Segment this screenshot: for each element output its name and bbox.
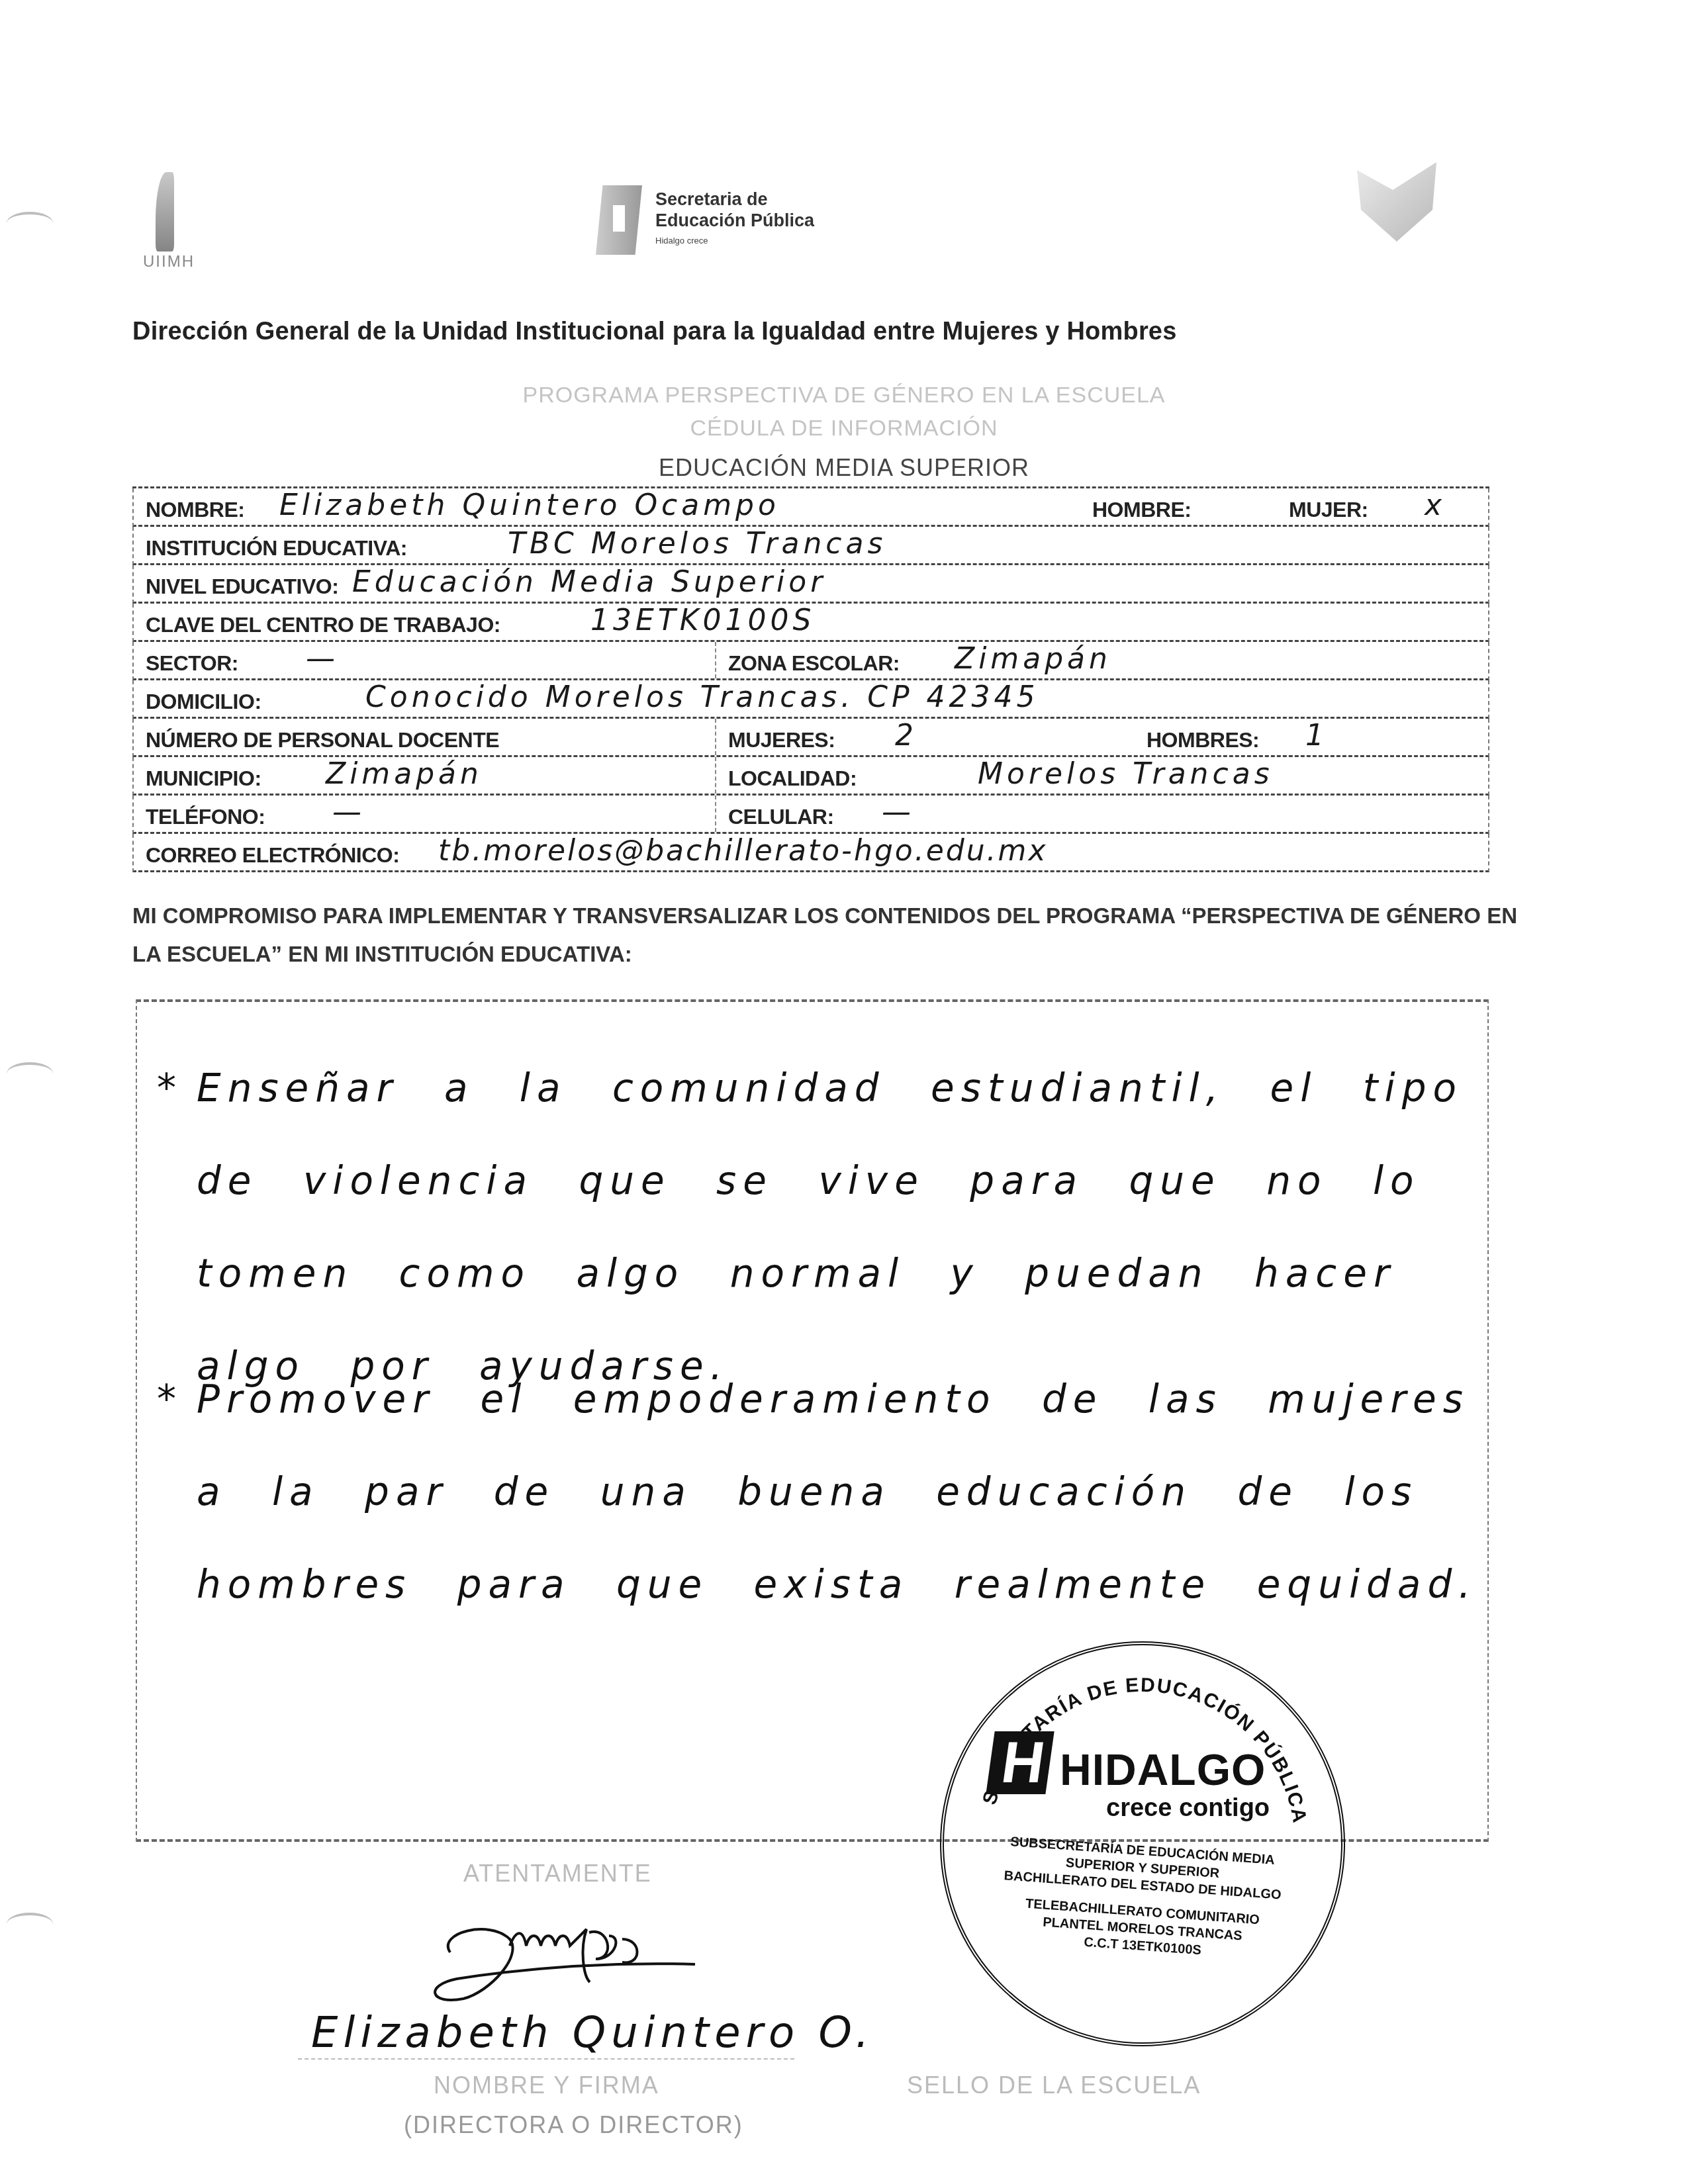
- form-row-institucion: INSTITUCIÓN EDUCATIVA: TBC Morelos Tranc…: [132, 527, 1489, 565]
- flame-icon: [156, 172, 174, 251]
- municipio-label: MUNICIPIO:: [146, 766, 261, 791]
- crest-icon: [1357, 162, 1436, 242]
- hidalgo-h-icon: [986, 1731, 1054, 1794]
- sector-label: SECTOR:: [146, 651, 238, 676]
- commitment-item-text[interactable]: Promover el empoderamiento de las mujere…: [197, 1377, 1477, 1607]
- uiimh-logo-text: UIIMH: [126, 253, 212, 271]
- commitment-heading: MI COMPROMISO PARA IMPLEMENTAR Y TRANSVE…: [132, 897, 1523, 974]
- bullet-star-icon: *: [157, 1042, 183, 1134]
- domicilio-label: DOMICILIO:: [146, 690, 261, 714]
- correo-field[interactable]: tb.morelos@bachillerato-hgo.edu.mx: [438, 834, 1048, 868]
- signature-icon: [410, 1893, 821, 2012]
- school-stamp: SECRETARÍA DE EDUCACIÓN PÚBLICA HIDALGO …: [940, 1641, 1345, 2046]
- nombre-field[interactable]: Elizabeth Quintero Ocampo: [279, 488, 780, 522]
- atentamente-label: ATENTAMENTE: [463, 1860, 652, 1888]
- info-form-table: NOMBRE: Elizabeth Quintero Ocampo HOMBRE…: [132, 486, 1489, 872]
- director-role-label: (DIRECTORA O DIRECTOR): [404, 2111, 743, 2139]
- commitment-item-text[interactable]: Enseñar a la comunidad estudiantil, el t…: [197, 1066, 1463, 1388]
- sep-logo-line1: Secretaria de: [655, 189, 768, 210]
- sello-label: SELLO DE LA ESCUELA: [907, 2071, 1201, 2099]
- bullet-star-icon: *: [157, 1353, 183, 1445]
- zona-field[interactable]: Zimapán: [955, 642, 1111, 676]
- clave-label: CLAVE DEL CENTRO DE TRABAJO:: [146, 613, 500, 637]
- sector-field[interactable]: —: [306, 642, 339, 676]
- institution-heading: Dirección General de la Unidad Instituci…: [132, 318, 1177, 346]
- uiimh-logo: UIIMH: [126, 165, 212, 278]
- hombre-label: HOMBRE:: [1092, 498, 1191, 522]
- program-title: PROGRAMA PERSPECTIVA DE GÉNERO EN LA ESC…: [0, 383, 1688, 408]
- telefono-label: TELÉFONO:: [146, 805, 265, 829]
- form-row-municipio: MUNICIPIO: Zimapán LOCALIDAD: Morelos Tr…: [132, 757, 1489, 796]
- form-row-telefono: TELÉFONO: — CELULAR: —: [132, 796, 1489, 834]
- form-row-sector: SECTOR: — ZONA ESCOLAR: Zimapán: [132, 642, 1489, 680]
- stamp-brand: HIDALGO: [1060, 1745, 1266, 1795]
- sep-logo-line3: Hidalgo crece: [655, 236, 708, 246]
- celular-field[interactable]: —: [882, 796, 915, 829]
- institucion-label: INSTITUCIÓN EDUCATIVA:: [146, 536, 407, 561]
- domicilio-field[interactable]: Conocido Morelos Trancas. CP 42345: [365, 680, 1039, 714]
- punch-hole-mark: [7, 1062, 53, 1085]
- nombre-firma-label: NOMBRE Y FIRMA: [434, 2071, 659, 2099]
- column-divider: [715, 719, 716, 755]
- form-row-personal: NÚMERO DE PERSONAL DOCENTE MUJERES: 2 HO…: [132, 719, 1489, 757]
- hombres-field[interactable]: 1: [1305, 719, 1328, 752]
- zona-label: ZONA ESCOLAR:: [728, 651, 900, 676]
- sep-logo: Secretaria de Educación Pública Hidalgo …: [596, 185, 847, 258]
- signer-name: Elizabeth Quintero O.: [311, 2009, 874, 2058]
- municipio-field[interactable]: Zimapán: [326, 757, 483, 791]
- telefono-field[interactable]: —: [332, 796, 365, 829]
- sep-logo-line2: Educación Pública: [655, 210, 814, 231]
- mujer-label: MUJER:: [1289, 498, 1368, 522]
- form-row-correo: CORREO ELECTRÓNICO: tb.morelos@bachiller…: [132, 834, 1489, 872]
- form-row-nivel: NIVEL EDUCATIVO: Educación Media Superio…: [132, 565, 1489, 604]
- mujeres-field[interactable]: 2: [895, 719, 917, 752]
- hidalgo-h-icon: [596, 185, 642, 255]
- form-title: CÉDULA DE INFORMACIÓN: [0, 416, 1688, 441]
- state-crest-logo: [1350, 156, 1450, 261]
- column-divider: [715, 642, 716, 678]
- nivel-field[interactable]: Educación Media Superior: [352, 565, 826, 599]
- level-title: EDUCACIÓN MEDIA SUPERIOR: [0, 454, 1688, 482]
- punch-hole-mark: [7, 212, 53, 234]
- stamp-slogan: crece contigo: [1106, 1794, 1270, 1823]
- form-row-nombre: NOMBRE: Elizabeth Quintero Ocampo HOMBRE…: [132, 488, 1489, 527]
- institucion-field[interactable]: TBC Morelos Trancas: [508, 527, 886, 561]
- personal-docente-label: NÚMERO DE PERSONAL DOCENTE: [146, 728, 499, 752]
- correo-label: CORREO ELECTRÓNICO:: [146, 843, 399, 868]
- column-divider: [715, 757, 716, 794]
- localidad-field[interactable]: Morelos Trancas: [978, 757, 1274, 791]
- mujer-checkbox[interactable]: x: [1425, 488, 1446, 522]
- form-row-domicilio: DOMICILIO: Conocido Morelos Trancas. CP …: [132, 680, 1489, 719]
- nombre-label: NOMBRE:: [146, 498, 244, 522]
- hombres-label: HOMBRES:: [1147, 728, 1259, 752]
- form-row-clave: CLAVE DEL CENTRO DE TRABAJO: 13ETK0100S: [132, 604, 1489, 642]
- column-divider: [715, 796, 716, 832]
- localidad-label: LOCALIDAD:: [728, 766, 857, 791]
- punch-hole-mark: [7, 1913, 53, 1935]
- commitment-item: * Promover el empoderamiento de las muje…: [197, 1353, 1481, 1631]
- clave-field[interactable]: 13ETK0100S: [590, 604, 815, 637]
- celular-label: CELULAR:: [728, 805, 834, 829]
- signature-line: [298, 2058, 794, 2060]
- nivel-label: NIVEL EDUCATIVO:: [146, 574, 338, 599]
- mujeres-label: MUJERES:: [728, 728, 835, 752]
